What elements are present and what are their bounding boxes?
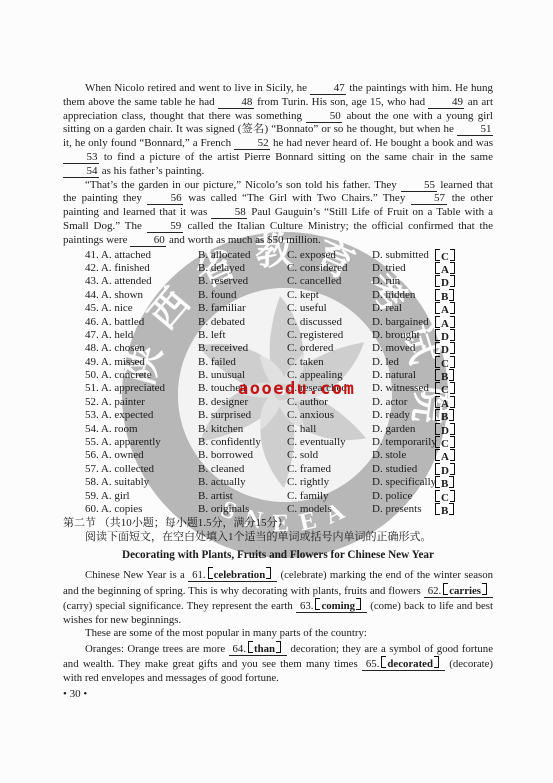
gapfill-paragraph-3: Oranges: Orange trees are more 64.than d… [63, 641, 493, 686]
left-bracket-icon [435, 463, 440, 475]
answer-key: A [433, 449, 475, 462]
option-c: C. taken [287, 356, 372, 369]
option-d: D. run [372, 275, 433, 288]
left-bracket-icon [435, 503, 440, 515]
answer-key: C [433, 382, 475, 395]
answer-key: D [433, 275, 475, 288]
option-d: D. witnessed [372, 382, 433, 395]
right-bracket-icon [276, 641, 281, 653]
answer-key: A [433, 262, 475, 275]
right-bracket-icon [449, 503, 454, 515]
option-a: 47. A. held [85, 329, 198, 342]
option-a: 55. A. apparently [85, 436, 198, 449]
answer-key: B [433, 476, 475, 489]
option-row-44: 44. A. shownB. foundC. keptD. hiddenB [63, 289, 493, 302]
option-a: 57. A. collected [85, 463, 198, 476]
cloze-blank-60: 60 [130, 235, 166, 247]
option-row-58: 58. A. suitablyB. actuallyC. rightlyD. s… [63, 476, 493, 489]
left-bracket-icon [381, 656, 386, 668]
option-a: 59. A. girl [85, 490, 198, 503]
option-d: D. bargained [372, 316, 433, 329]
site-watermark: aooedu.com [238, 379, 355, 399]
cloze-passage-paragraph-1: When Nicolo retired and went to live in … [63, 82, 493, 179]
answer-key: D [433, 423, 475, 436]
option-c: C. discussed [287, 316, 372, 329]
option-c: C. family [287, 490, 372, 503]
answer-key: D [433, 329, 475, 342]
option-row-56: 56. A. ownedB. borrowedC. soldD. stoleA [63, 449, 493, 462]
option-b: B. surprised [198, 409, 287, 422]
option-a: 45. A. nice [85, 302, 198, 315]
cloze-blank-57: 57 [411, 193, 447, 205]
answer-blank-64: 64.than [229, 643, 288, 656]
option-c: C. rightly [287, 476, 372, 489]
left-bracket-icon [435, 409, 440, 421]
passage-title: Decorating with Plants, Fruits and Flowe… [63, 549, 493, 562]
option-c: C. sold [287, 449, 372, 462]
answer-key: D [433, 342, 475, 355]
option-c: C. models [287, 503, 372, 516]
option-row-45: 45. A. niceB. familiarC. usefulD. realA [63, 302, 493, 315]
option-row-59: 59. A. girlB. artistC. familyD. policeC [63, 490, 493, 503]
left-bracket-icon [435, 369, 440, 381]
cloze-blank-48: 48 [218, 97, 254, 109]
option-a: 53. A. expected [85, 409, 198, 422]
option-row-43: 43. A. attendedB. reservedC. cancelledD.… [63, 275, 493, 288]
option-row-47: 47. A. heldB. leftC. registeredD. brough… [63, 329, 493, 342]
right-bracket-icon [450, 449, 455, 461]
option-b: B. familiar [198, 302, 287, 315]
page-number: • 30 • [63, 688, 493, 701]
option-b: B. cleaned [198, 463, 287, 476]
cloze-blank-50: 50 [306, 111, 342, 123]
left-bracket-icon [435, 423, 440, 435]
right-bracket-icon [266, 567, 271, 579]
option-d: D. garden [372, 423, 433, 436]
option-b: B. found [198, 289, 287, 302]
answer-blank-65: 65.decorated [362, 658, 445, 671]
answer-key: C [433, 490, 475, 503]
option-b: B. failed [198, 356, 287, 369]
left-bracket-icon [435, 249, 440, 261]
option-c: C. useful [287, 302, 372, 315]
cloze-passage-paragraph-2: “That’s the garden in our picture,” Nico… [63, 179, 493, 248]
right-bracket-icon [450, 463, 455, 475]
right-bracket-icon [450, 275, 455, 287]
answer-blank-63: 63.coming [296, 600, 367, 613]
option-d: D. moved [372, 342, 433, 355]
left-bracket-icon [435, 396, 440, 408]
option-b: B. received [198, 342, 287, 355]
gapfill-paragraph-1: Chinese New Year is a 61.celebration (ce… [63, 567, 493, 627]
right-bracket-icon [450, 396, 455, 408]
answer-blank-61: 61.celebration [188, 569, 277, 582]
option-b: B. confidently [198, 436, 287, 449]
right-bracket-icon [450, 329, 455, 341]
answer-key: C [433, 249, 475, 262]
section-2-heading: 第二节 （共10小题；每小题1.5分，满分15分） [63, 516, 493, 530]
cloze-blank-59: 59 [147, 221, 183, 233]
right-bracket-icon [450, 342, 455, 354]
option-c: C. eventually [287, 436, 372, 449]
option-d: D. specifically [372, 476, 433, 489]
right-bracket-icon [449, 409, 454, 421]
cloze-blank-52: 52 [234, 138, 270, 150]
cloze-blank-58: 58 [211, 207, 247, 219]
option-a: 56. A. owned [85, 449, 198, 462]
option-b: B. originals [198, 503, 287, 516]
option-c: C. considered [287, 262, 372, 275]
option-d: D. natural [372, 369, 433, 382]
option-a: 52. A. painter [85, 396, 198, 409]
right-bracket-icon [450, 423, 455, 435]
option-row-46: 46. A. battledB. debatedC. discussedD. b… [63, 316, 493, 329]
answer-blank-62: 62.carries [424, 585, 493, 598]
left-bracket-icon [315, 598, 320, 610]
right-bracket-icon [450, 490, 455, 502]
option-b: B. allocated [198, 249, 287, 262]
left-bracket-icon [435, 490, 440, 502]
left-bracket-icon [435, 316, 440, 328]
option-d: D. submitted [372, 249, 433, 262]
right-bracket-icon [450, 382, 455, 394]
option-a: 49. A. missed [85, 356, 198, 369]
right-bracket-icon [482, 583, 487, 595]
right-bracket-icon [356, 598, 361, 610]
option-row-48: 48. A. chosenB. receivedC. orderedD. mov… [63, 342, 493, 355]
option-a: 43. A. attended [85, 275, 198, 288]
option-b: B. borrowed [198, 449, 287, 462]
option-a: 48. A. chosen [85, 342, 198, 355]
left-bracket-icon [248, 641, 253, 653]
option-row-41: 41. A. attachedB. allocatedC. exposedD. … [63, 249, 493, 262]
answer-key: B [433, 503, 475, 516]
option-c: C. kept [287, 289, 372, 302]
option-b: B. kitchen [198, 423, 287, 436]
option-a: 46. A. battled [85, 316, 198, 329]
cloze-blank-54: 54 [63, 166, 99, 178]
answer-key: C [433, 436, 475, 449]
option-d: D. studied [372, 463, 433, 476]
right-bracket-icon [434, 656, 439, 668]
right-bracket-icon [450, 262, 455, 274]
option-d: D. led [372, 356, 433, 369]
option-c: C. hall [287, 423, 372, 436]
option-row-55: 55. A. apparentlyB. confidentlyC. eventu… [63, 436, 493, 449]
option-row-42: 42. A. finishedB. delayedC. consideredD.… [63, 262, 493, 275]
answer-key: A [433, 396, 475, 409]
gapfill-paragraph-2: These are some of the most popular in ma… [63, 627, 493, 641]
right-bracket-icon [450, 436, 455, 448]
answer-key: C [433, 356, 475, 369]
cloze-blank-49: 49 [428, 97, 464, 109]
answer-key: B [433, 369, 475, 382]
answer-key: A [433, 302, 475, 315]
right-bracket-icon [450, 302, 455, 314]
right-bracket-icon [450, 249, 455, 261]
answer-key: B [433, 289, 475, 302]
option-d: D. temporarily [372, 436, 433, 449]
option-row-60: 60. A. copiesB. originalsC. modelsD. pre… [63, 503, 493, 516]
option-row-53: 53. A. expectedB. surprisedC. anxiousD. … [63, 409, 493, 422]
answer-key: A [433, 316, 475, 329]
option-d: D. hidden [372, 289, 433, 302]
option-d: D. stole [372, 449, 433, 462]
left-bracket-icon [435, 356, 440, 368]
option-a: 50. A. concrete [85, 369, 198, 382]
option-b: B. debated [198, 316, 287, 329]
right-bracket-icon [449, 289, 454, 301]
option-b: B. delayed [198, 262, 287, 275]
left-bracket-icon [435, 329, 440, 341]
option-c: C. anxious [287, 409, 372, 422]
option-c: C. cancelled [287, 275, 372, 288]
section-2-instruction: 阅读下面短文，在空白处填入1个适当的单词或括号内单词的正确形式。 [63, 530, 493, 544]
option-b: B. artist [198, 490, 287, 503]
cloze-blank-53: 53 [63, 152, 99, 164]
left-bracket-icon [443, 583, 448, 595]
right-bracket-icon [450, 316, 455, 328]
option-d: D. ready [372, 409, 433, 422]
option-row-57: 57. A. collectedB. cleanedC. framedD. st… [63, 463, 493, 476]
option-d: D. actor [372, 396, 433, 409]
answer-key: B [433, 409, 475, 422]
option-a: 51. A. appreciated [85, 382, 198, 395]
right-bracket-icon [449, 476, 454, 488]
option-d: D. real [372, 302, 433, 315]
option-d: D. brought [372, 329, 433, 342]
option-a: 42. A. finished [85, 262, 198, 275]
option-a: 58. A. suitably [85, 476, 198, 489]
right-bracket-icon [449, 369, 454, 381]
left-bracket-icon [435, 476, 440, 488]
option-d: D. presents [372, 503, 433, 516]
option-b: B. actually [198, 476, 287, 489]
option-c: C. exposed [287, 249, 372, 262]
left-bracket-icon [435, 262, 440, 274]
option-a: 44. A. shown [85, 289, 198, 302]
scanned-test-page: 陕西省教育考试院 SNEEA aooedu.com When Nicolo re… [0, 0, 553, 783]
option-d: D. tried [372, 262, 433, 275]
option-d: D. police [372, 490, 433, 503]
left-bracket-icon [435, 342, 440, 354]
right-bracket-icon [450, 356, 455, 368]
option-row-49: 49. A. missedB. failedC. takenD. ledC [63, 356, 493, 369]
cloze-blank-55: 55 [401, 180, 437, 192]
cloze-blank-47: 47 [310, 83, 346, 95]
option-b: B. left [198, 329, 287, 342]
option-row-54: 54. A. roomB. kitchenC. hallD. gardenD [63, 423, 493, 436]
option-a: 54. A. room [85, 423, 198, 436]
left-bracket-icon [208, 567, 213, 579]
left-bracket-icon [435, 436, 440, 448]
cloze-blank-56: 56 [147, 193, 183, 205]
cloze-blank-51: 51 [457, 124, 493, 136]
answer-key: D [433, 463, 475, 476]
left-bracket-icon [435, 275, 440, 287]
option-a: 41. A. attached [85, 249, 198, 262]
left-bracket-icon [435, 302, 440, 314]
left-bracket-icon [435, 449, 440, 461]
left-bracket-icon [435, 382, 440, 394]
option-c: C. registered [287, 329, 372, 342]
left-bracket-icon [435, 289, 440, 301]
option-c: C. ordered [287, 342, 372, 355]
option-a: 60. A. copies [85, 503, 198, 516]
option-b: B. reserved [198, 275, 287, 288]
option-c: C. framed [287, 463, 372, 476]
